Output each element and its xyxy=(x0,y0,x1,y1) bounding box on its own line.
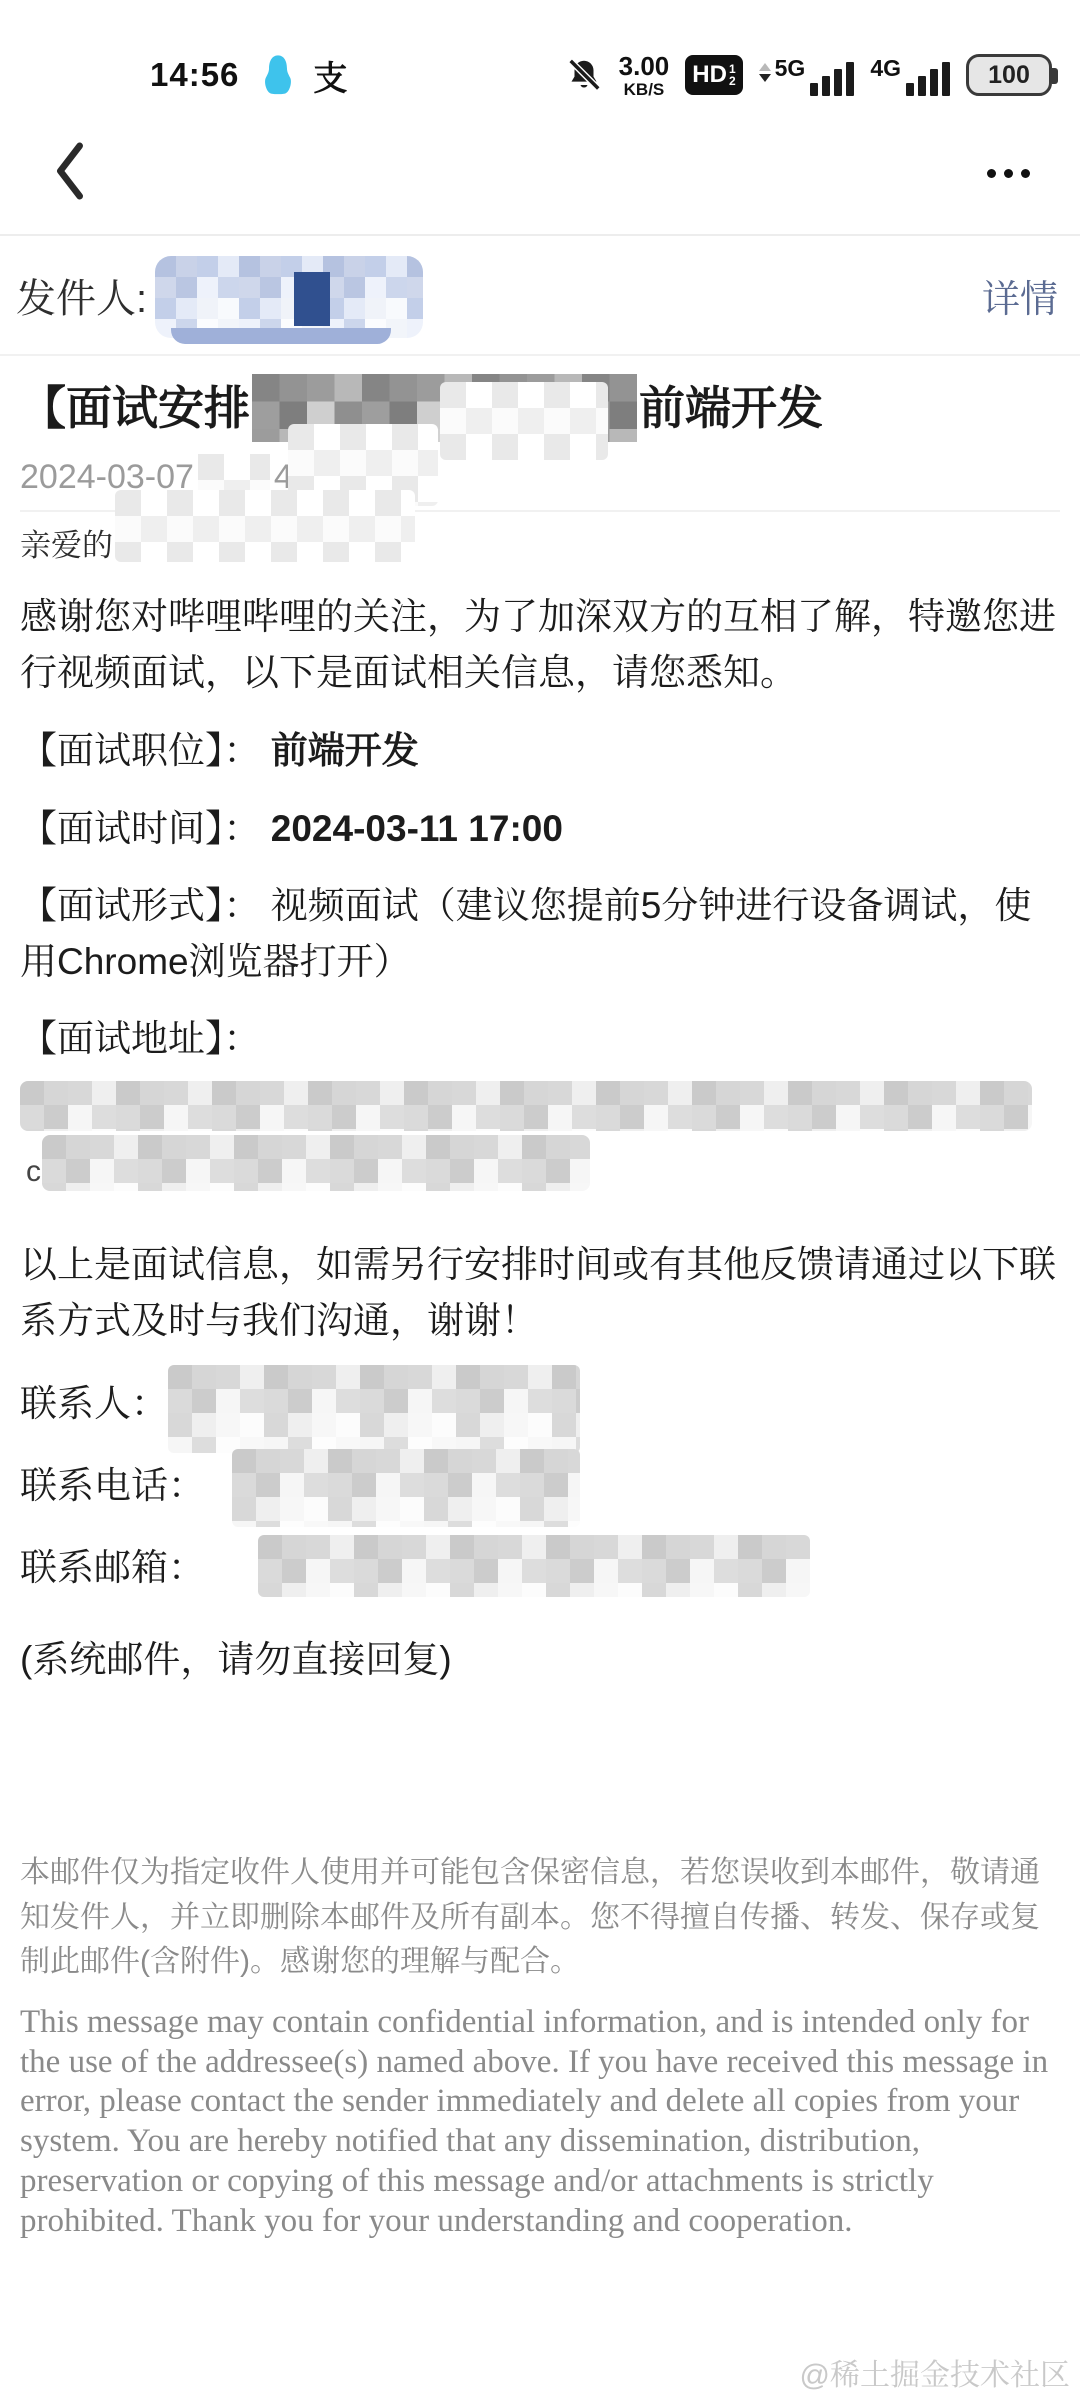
system-note: (系统邮件，请勿直接回复) xyxy=(20,1629,1060,1683)
contact-phone-row: 联系电话： xyxy=(20,1461,1060,1513)
battery-indicator: 100 xyxy=(966,54,1052,96)
notifications-off-icon xyxy=(565,56,603,94)
field-format: 【面试形式】： 视频面试（建议您提前5分钟进行设备调试，使用Chrome浏览器打… xyxy=(20,878,1060,989)
nav-bar xyxy=(0,112,1080,234)
contact-phone-redacted-blur xyxy=(232,1449,580,1527)
sim1-signal-icon: 5G xyxy=(759,55,855,96)
disclaimer-chinese: 本邮件仅为指定收件人使用并可能包含保密信息，若您误收到本邮件，敬请通知发件人，并… xyxy=(20,1851,1060,1984)
field-time: 【面试时间】： 2024-03-11 17:00 xyxy=(20,801,1060,857)
sender-label: 发件人: xyxy=(16,267,147,324)
back-icon xyxy=(50,140,90,202)
qq-icon xyxy=(261,54,295,96)
status-bar: 14:56 支 3.00 KB/S HD 1 2 xyxy=(0,0,1080,112)
field-address: 【面试地址】： xyxy=(20,1011,1060,1067)
volte-hd-icon: HD 1 2 xyxy=(685,55,742,95)
email-body: 【面试安排 前端开发 2024-03-07 4/:58 亲爱的 感谢您对哔哩哔哩… xyxy=(0,356,1080,2242)
watermark: @稀土掘金技术社区 xyxy=(800,2350,1070,2394)
more-options-button[interactable] xyxy=(985,159,1032,188)
contact-email-redacted-blur xyxy=(258,1535,810,1597)
contact-person-redacted-blur xyxy=(168,1365,580,1453)
address-redacted-blur-line1 xyxy=(20,1081,1032,1131)
clock: 14:56 xyxy=(150,56,239,94)
outro-paragraph: 以上是面试信息，如需另行安排时间或有其他反馈请通过以下联系方式及时与我们沟通，谢… xyxy=(20,1237,1060,1349)
sim2-signal-icon: 4G xyxy=(870,55,950,96)
sender-redacted-blur xyxy=(155,256,423,338)
alipay-icon: 支 xyxy=(313,51,347,100)
redaction-smudge xyxy=(440,382,608,460)
intro-paragraph: 感谢您对哔哩哔哩的关注，为了加深双方的互相了解，特邀您进行视频面试，以下是面试相… xyxy=(20,589,1060,701)
network-speed: 3.00 KB/S xyxy=(619,53,670,98)
address-redacted-blur-line2: c xyxy=(42,1135,590,1191)
field-position: 【面试职位】： 前端开发 xyxy=(20,723,1060,779)
data-activity-arrows-icon xyxy=(759,63,771,82)
back-button[interactable] xyxy=(50,140,90,207)
disclaimer-english: This message may contain confidential in… xyxy=(20,2003,1060,2243)
details-link[interactable]: 详情 xyxy=(982,268,1058,323)
sender-row: 发件人: 详情 xyxy=(0,236,1080,354)
contact-email-row: 联系邮箱： xyxy=(20,1543,1060,1595)
address-fragment: c xyxy=(26,1155,41,1189)
contact-person-row: 联系人： xyxy=(20,1379,1060,1431)
email-detail-screen: 14:56 支 3.00 KB/S HD 1 2 xyxy=(0,0,1080,2400)
redaction-smudge xyxy=(115,490,415,562)
